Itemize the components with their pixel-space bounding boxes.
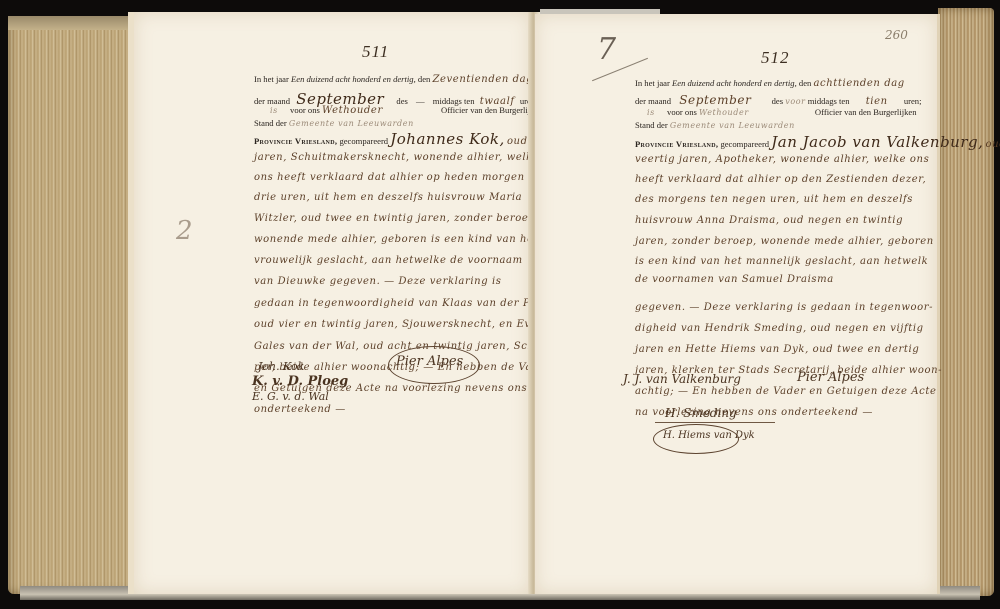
page-number: 511 xyxy=(362,42,389,62)
printed-text: In het jaar xyxy=(254,74,289,84)
handwritten-line: onderteekend — xyxy=(254,404,346,415)
handwritten-line: oud vier en twintig jaren, Sjouwersknech… xyxy=(254,319,547,330)
margin-mark: 2 xyxy=(176,216,193,246)
printed-text: In het jaar xyxy=(635,78,670,88)
handwritten-day: achttienden dag xyxy=(813,78,904,89)
birth-record-511: In het jaar Een duizend acht honderd en … xyxy=(254,70,529,400)
printed-text: uren; xyxy=(904,96,922,106)
signature-underline xyxy=(655,422,775,423)
handwritten-text: is xyxy=(647,108,655,117)
handwritten-municipality: Gemeente van Leeuwarden xyxy=(289,119,414,128)
handwritten-line: jaren en Hette Hiems van Dyk, oud twee e… xyxy=(635,344,919,355)
handwritten-father-name: Jan Jacob van Valkenburg, xyxy=(771,133,983,151)
handwritten-month: September xyxy=(679,93,751,107)
printed-text: den xyxy=(799,78,811,88)
signature-witness-1: K. v. D. Ploeg xyxy=(252,374,348,389)
handwritten-line: Witzler, oud twee en twintig jaren, zond… xyxy=(254,213,535,224)
scanned-register: 511 2 In het jaar Een duizend acht honde… xyxy=(0,0,1000,609)
handwritten-title: Wethouder xyxy=(699,108,749,117)
handwritten-line: de voornamen van Samuel Draisma xyxy=(635,274,834,285)
page-edges-left-top xyxy=(8,16,140,30)
printed-text: Stand der xyxy=(635,120,668,130)
handwritten-line: jaren, Schuitmakersknecht, wonende alhie… xyxy=(254,152,539,163)
handwritten-line: drie uren, uit hem en deszelfs huisvrouw… xyxy=(254,192,522,203)
handwritten-line: gedaan in tegenwoordigheid van Klaas van… xyxy=(254,298,554,309)
handwritten-father-name: Johannes Kok, xyxy=(390,130,505,148)
signature-officer: Pier Alpes xyxy=(396,354,463,369)
handwritten-line: wonende mede alhier, geboren is een kind… xyxy=(254,234,538,245)
signature-witness-2: E. G. v. d. Wal xyxy=(252,390,329,403)
handwritten-line: achtig; — En hebben de Vader en Getuigen… xyxy=(635,386,937,397)
handwritten-line: heeft verklaard dat alhier op den Zestie… xyxy=(635,174,926,185)
printed-text: voor ons xyxy=(667,107,697,117)
printed-text: Een duizend acht honderd en dertig, xyxy=(672,78,797,88)
right-page: 7 260 512 In het jaar Een duizend acht h… xyxy=(535,14,940,594)
printed-text: des xyxy=(772,96,783,106)
printed-text: Stand der xyxy=(254,118,287,128)
handwritten-line: des morgens ten negen uren, uit hem en d… xyxy=(635,194,913,205)
handwritten-hour: tien xyxy=(866,96,888,107)
printed-text: Provincie Vriesland, xyxy=(254,136,337,146)
handwritten-title: Wethouder xyxy=(322,105,383,116)
printed-text: den xyxy=(418,74,430,84)
printed-text: gecompareerd xyxy=(339,136,388,146)
handwritten-text: oud xyxy=(986,139,1000,150)
handwritten-line: gegeven. — Deze verklaring is gedaan in … xyxy=(635,302,933,313)
page-edges-left xyxy=(8,16,140,594)
handwritten-day: Zeventienden dag xyxy=(432,74,533,85)
handwritten-line: ons heeft verklaard dat alhier op heden … xyxy=(254,172,525,183)
printed-text: voor ons xyxy=(290,105,320,115)
printed-text: der maand xyxy=(635,96,671,106)
birth-record-512: In het jaar Een duizend acht honderd en … xyxy=(635,76,935,376)
handwritten-line: veertig jaren, Apotheker, wonende alhier… xyxy=(635,154,929,165)
signature-witness-1: H. Smeding xyxy=(665,406,737,420)
signature-father: Joh. Kok xyxy=(258,360,304,373)
handwritten-line: digheid van Hendrik Smeding, oud negen e… xyxy=(635,323,924,334)
folio-number: 260 xyxy=(885,28,908,42)
handwritten-line: vrouwelijk geslacht, aan hetwelke de voo… xyxy=(254,255,523,266)
handwritten-text: voor xyxy=(785,97,805,106)
handwritten-line: is een kind van het mannelijk geslacht, … xyxy=(635,256,928,267)
printed-text: gecompareerd xyxy=(720,139,769,149)
signature-witness-2: H. Hiems van Dyk xyxy=(663,430,755,441)
signature-father: J. J. van Valkenburg xyxy=(623,372,741,386)
handwritten-line: van Dieuwke gegeven. — Deze verklaring i… xyxy=(254,276,502,287)
handwritten-line: jaren, zonder beroep, wonende mede alhie… xyxy=(635,236,934,247)
printed-text: middags ten xyxy=(808,96,850,106)
handwritten-municipality: Gemeente van Leeuwarden xyxy=(670,121,795,130)
printed-text: Provincie Vriesland, xyxy=(635,139,718,149)
handwritten-line: huisvrouw Anna Draisma, oud negen en twi… xyxy=(635,215,903,226)
corner-mark: 7 xyxy=(597,32,616,67)
printed-text: Officier van den Burgerlijken xyxy=(815,107,917,117)
printed-text: Een duizend acht honderd en dertig, xyxy=(291,74,416,84)
signature-officer: Pier Alpes xyxy=(797,370,864,385)
page-number: 512 xyxy=(761,48,790,68)
left-page: 511 2 In het jaar Een duizend acht honde… xyxy=(128,12,530,594)
page-edges-right xyxy=(938,8,994,596)
handwritten-text: is xyxy=(270,106,278,115)
